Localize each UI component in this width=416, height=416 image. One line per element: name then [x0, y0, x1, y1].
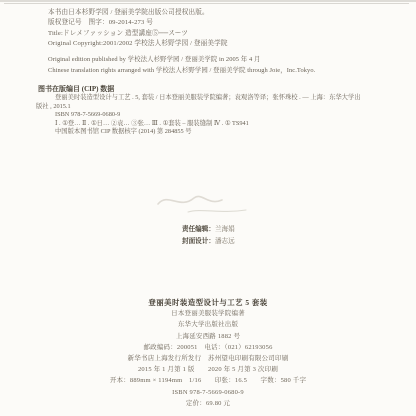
edition-printing-line: 2015 年 1 月第 1 版 2020 年 5 月第 3 次印刷 — [0, 364, 416, 375]
isbn-line: ISBN 978-7-5669-0680-9 — [0, 387, 416, 398]
original-copyright-line: Original Copyright:2001/2002 学校法人杉野学园 / … — [48, 39, 228, 49]
authorization-block: 本书由日本杉野学园 / 登丽美学院出版公司授权出版。 版权登记号 图字：09-2… — [48, 8, 228, 49]
cip-record-number-line: 中国版本图书馆 CIP 数据核字 (2014) 第 284855 号 — [36, 128, 361, 137]
cip-isbn-line: ISBN 978-7-5669-0680-9 — [36, 111, 361, 120]
book-title: 登丽美时装造型设计与工艺 5 套装 — [0, 297, 416, 308]
handwriting-mark — [150, 186, 270, 225]
authorization-line: 本书由日本杉野学园 / 登丽美学院出版公司授权出版。 — [48, 8, 228, 18]
editor-label: 责任编辑： — [182, 226, 215, 233]
cip-description-line-2: 版社 , 2015.1 — [36, 103, 361, 112]
cover-design-line: 封面设计：潘志远 — [182, 236, 235, 248]
staff-block: 责任编辑：兰海娟 封面设计：潘志远 — [182, 224, 235, 247]
distribution-printing-line: 新华书店上海发行所发行 苏州望电印刷有限公司印刷 — [0, 353, 416, 364]
edition-rights-block: Original edition published by 学校法人杉野学园 /… — [48, 55, 315, 77]
cip-data-block: 登丽美时装造型设计与工艺 . 5, 套装 / 日本登丽美服装学院编著；袁观洛等译… — [36, 94, 361, 137]
format-line: 开本：889mm × 1194mm 1/16 印张：16.5 字数：580 千字 — [0, 375, 416, 386]
original-title-line: Title:ドレメファッション 造型講座⑤──スーツ — [48, 29, 228, 39]
colophon-block: 登丽美时装造型设计与工艺 5 套装 日本登丽美服装学院编著 东华大学出版社出版 … — [0, 297, 416, 409]
registration-line: 版权登记号 图字：09-2014-273 号 — [48, 18, 228, 28]
copyright-page: 本书由日本杉野学园 / 登丽美学院出版公司授权出版。 版权登记号 图字：09-2… — [0, 0, 416, 416]
translation-rights-line: Chinese translation rights arranged with… — [48, 66, 315, 77]
address-line: 上海延安西路 1882 号 — [0, 331, 416, 342]
publisher-line: 东华大学出版社出版 — [0, 319, 416, 330]
original-edition-line: Original edition published by 学校法人杉野学园 /… — [48, 55, 315, 66]
editor-name: 兰海娟 — [215, 226, 235, 233]
byline: 日本登丽美服装学院编著 — [0, 308, 416, 319]
cover-design-name: 潘志远 — [215, 238, 235, 245]
cip-description-line-1: 登丽美时装造型设计与工艺 . 5, 套装 / 日本登丽美服装学院编著；袁观洛等译… — [36, 94, 361, 103]
cover-design-label: 封面设计： — [182, 238, 215, 245]
photo-edge-line — [4, 3, 409, 4]
price-line: 定价：69.80 元 — [0, 398, 416, 409]
editor-line: 责任编辑：兰海娟 — [182, 224, 235, 236]
postcode-phone-line: 邮政编码：200051 电话：（021）62193056 — [0, 342, 416, 353]
photo-edge-band — [0, 0, 416, 2]
cip-heading: 图书在版编目 (CIP) 数据 — [38, 84, 114, 94]
